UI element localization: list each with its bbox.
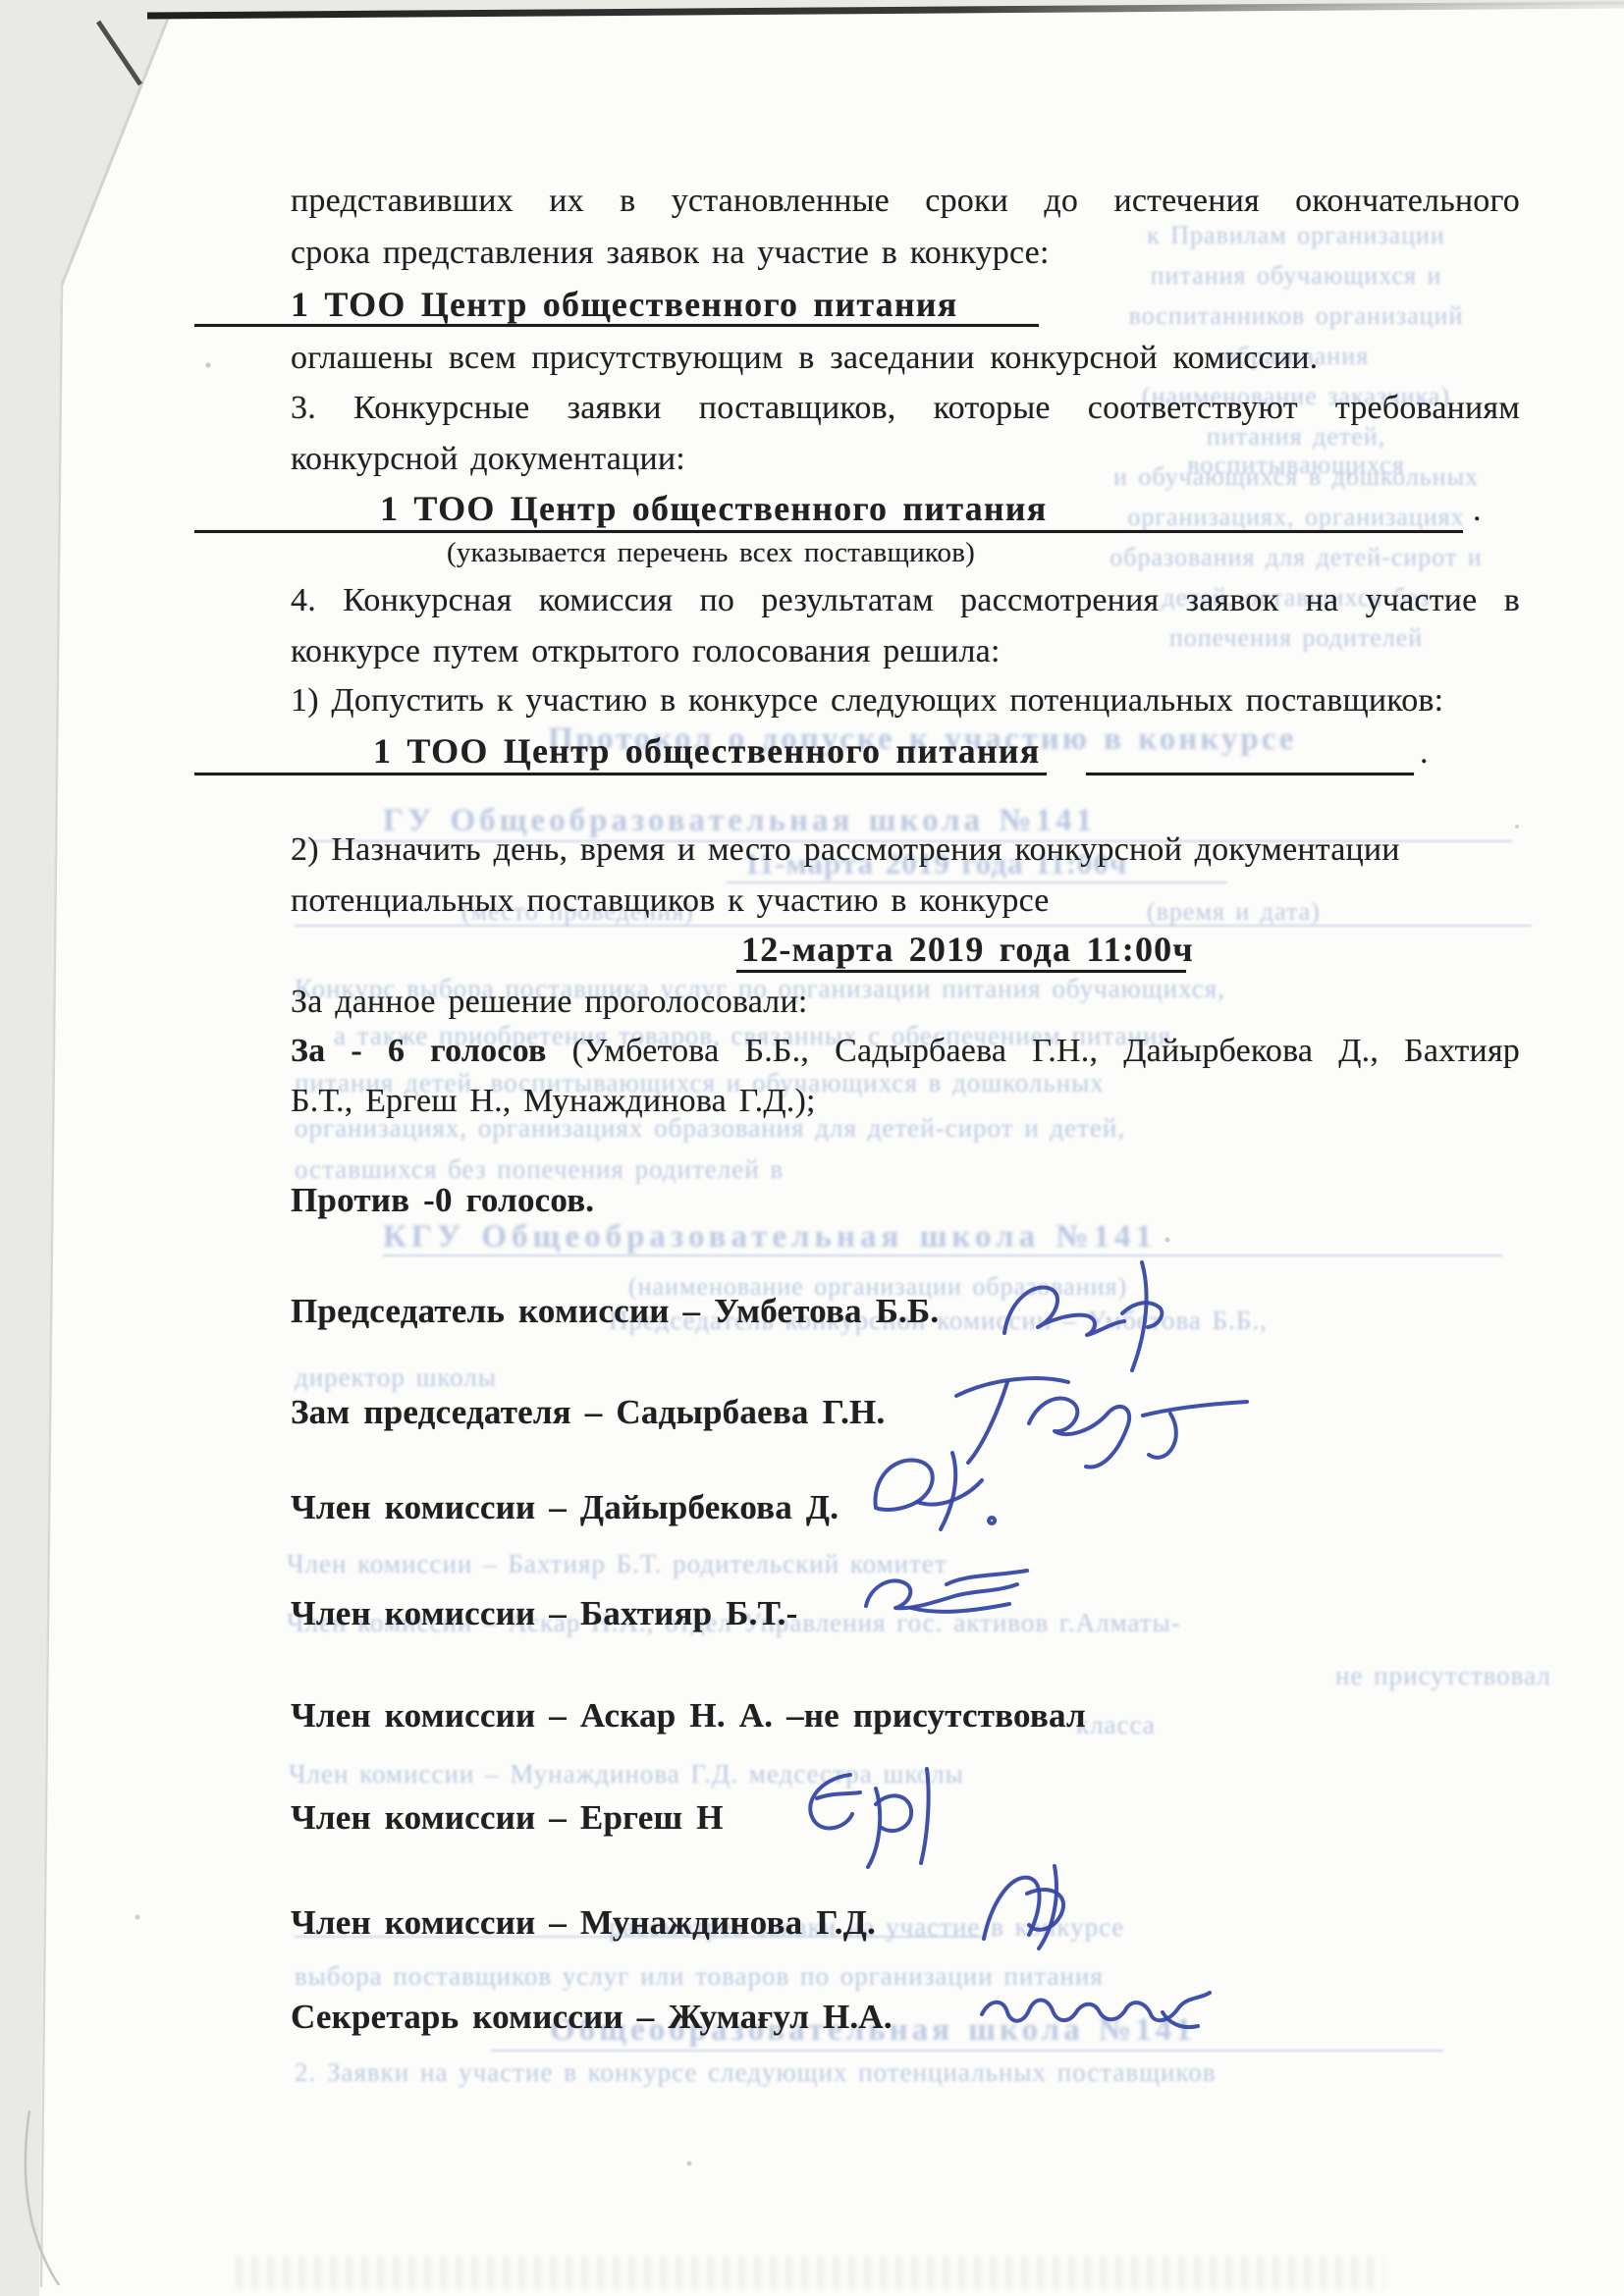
bleedthrough-time-note: (время и дата): [1147, 897, 1321, 927]
bleedthrough-line: организациях, организациях: [1110, 504, 1483, 532]
bleedthrough-line: попечения родителей: [1110, 624, 1483, 653]
decision-2-line-1: 2) Назначить день, время и место рассмот…: [291, 830, 1400, 870]
intro-line-1: представивших их в установленные сроки д…: [291, 182, 1520, 221]
bleedthrough-rule: [295, 925, 1532, 927]
bleedthrough-line: и обучающихся в дошкольных: [1110, 463, 1483, 492]
vote-for-line-1: За - 6 голосов (Умбетова Б.Б., Садырбаев…: [291, 1032, 1520, 1071]
bleedthrough-school-name: КГУ Общеобразовательная школа №141: [383, 1219, 1157, 1255]
vote-for-count: За - 6 голосов: [291, 1033, 547, 1069]
supplier-heading: 1 ТОО Центр общественного питания: [291, 284, 957, 325]
underline-rule: [1086, 773, 1414, 775]
commission-member-munazhdinova-row: Член комиссии – Мунаждинова Г.Д.: [291, 1902, 876, 1943]
bleedthrough-line: питания обучающихся и: [1110, 262, 1483, 291]
announced-line: оглашены всем присутствующим в заседании…: [291, 339, 1318, 378]
decision-1: 1) Допустить к участию в конкурсе следую…: [291, 681, 1443, 721]
decision-1-supplier: 1 ТОО Центр общественного питания: [373, 730, 1040, 772]
signature-munazhdinova-ink: [962, 1858, 1090, 1951]
bleedthrough-line: к Правилам организации: [1110, 222, 1483, 250]
vote-for-names: (Умбетова Б.Б., Садырбаева Г.Н., Дайырбе…: [547, 1033, 1520, 1069]
vote-against: Против -0 голосов.: [291, 1180, 594, 1220]
scanned-document-page: к Правилам организации питания обучающих…: [0, 0, 1624, 2296]
item3-line-1: 3. Конкурсные заявки поставщиков, которы…: [291, 389, 1520, 428]
commission-chair-row: Председатель комиссии – Умбетова Б.Б.: [291, 1291, 939, 1331]
intro-line-2: срока представления заявок на участие в …: [291, 234, 1050, 273]
bleedthrough-rule: [491, 2050, 1443, 2052]
bleedthrough-member-line: Член комиссии – Бахтияр Б.Т. родительски…: [287, 1549, 947, 1579]
bleedthrough-absent-line: не присутствовал: [1335, 1661, 1551, 1691]
commission-secretary-row: Секретарь комиссии – Жумағул Н.А.: [291, 1997, 893, 2037]
commission-member-askar-row: Член комиссии – Аскар Н. А. –не присутст…: [291, 1695, 1086, 1735]
bleedthrough-line: 2. Заявки на участие в конкурсе следующи…: [295, 2057, 1216, 2088]
item4-line-1: 4. Конкурсная комиссия по результатам ра…: [291, 581, 1520, 620]
suppliers-note: (указывается перечень всех поставщиков): [447, 536, 975, 569]
commission-member-dayyrbekova-row: Член комиссии – Дайырбекова Д.: [291, 1487, 839, 1527]
period-mark: .: [1473, 491, 1482, 530]
commission-member-yergesh-row: Член комиссии – Ергеш Н: [291, 1797, 724, 1838]
signature-yergesh-ink: [774, 1753, 960, 1871]
bleedthrough-line: образования для детей-сирот и: [1110, 544, 1483, 572]
underline-rule: [194, 773, 1047, 775]
bleedthrough-line: воспитанников организаций: [1110, 302, 1483, 331]
signature-zhumagul-ink: [970, 1973, 1235, 2032]
bleedthrough-director-line: директор школы: [295, 1362, 497, 1393]
commission-deputy-row: Зам председателя – Садырбаева Г.Н.: [291, 1392, 885, 1432]
signature-bakhtiyar-ink: [852, 1561, 1039, 1629]
period-mark: .: [1420, 733, 1429, 773]
item4-line-2: конкурсе путем открытого голосования реш…: [291, 632, 1001, 671]
item3-supplier: 1 ТОО Центр общественного питания: [380, 488, 1047, 529]
bleedthrough-rule: [383, 1255, 1502, 1256]
scan-noise-strip: [236, 2256, 1384, 2289]
commission-member-bakhtiyar-row: Член комиссии – Бахтияр Б.Т.-: [291, 1593, 797, 1633]
bleedthrough-fragment: класса: [1076, 1710, 1156, 1740]
signature-dayyrbekova-ink: [852, 1441, 1009, 1534]
decision-datetime: 12-марта 2019 года 11:00ч: [741, 929, 1194, 970]
underline-rule: [194, 530, 1463, 533]
vote-for-line-2: Б.Т., Ергеш Н., Мунаждинова Г.Д.);: [291, 1082, 816, 1121]
item3-line-2: конкурсной документации:: [291, 440, 685, 479]
decision-2-line-2: потенциальных поставщиков к участию в ко…: [291, 881, 1050, 921]
vote-intro: За данное решение проголосовали:: [291, 983, 808, 1022]
